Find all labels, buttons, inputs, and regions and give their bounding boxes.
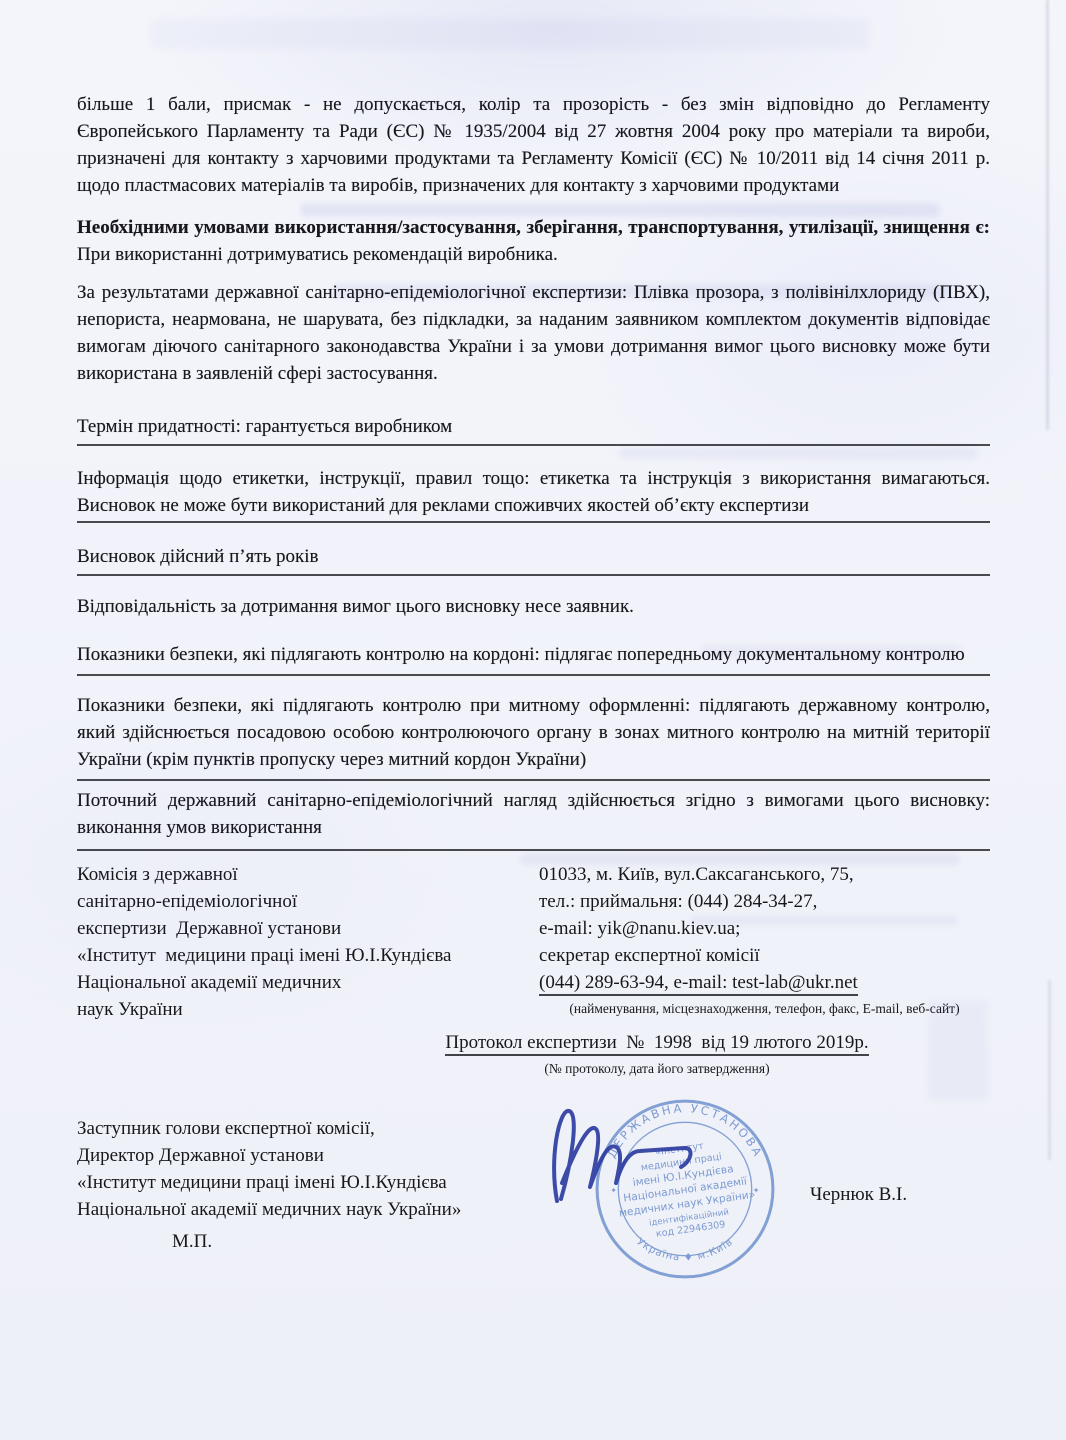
seal-place-abbr: М.П. <box>172 1228 461 1255</box>
commission-secretary-contact-text: (044) 289-63-94, e-mail: test-lab@ukr.ne… <box>539 972 858 996</box>
signatory-title-line: «Інститут медицини праці імені Ю.І.Кунді… <box>77 1169 461 1196</box>
commission-contacts: 01033, м. Київ, вул.Саксаганського, 75, … <box>539 861 990 1029</box>
border-control-paragraph: Показники безпеки, які підлягають контро… <box>77 641 990 676</box>
document-page: більше 1 бали, присмак - не допускається… <box>0 0 1066 1440</box>
commission-phone: тел.: приймальня: (044) 284-34-27, <box>539 888 990 915</box>
signatory-title-line: Національної академії медичних наук Укра… <box>77 1196 461 1223</box>
svg-text:Україна ♦ м.Київ: Україна ♦ м.Київ <box>634 1237 735 1264</box>
responsibility-line: Відповідальність за дотримання вимог цьо… <box>77 593 990 620</box>
protocol-caption: (№ протоколу, дата його затвердження) <box>417 1060 897 1078</box>
expertise-results-paragraph: За результатами державної санітарно-епід… <box>77 279 990 387</box>
commission-email: e-mail: yik@nanu.kiev.ua; <box>539 915 990 942</box>
protocol-block: Протокол експертизи № 1998 від 19 лютого… <box>417 1029 897 1079</box>
usage-conditions-paragraph: Необхідними умовами використання/застосу… <box>77 214 990 268</box>
commission-name-line: експертизи Державної установи <box>77 915 539 942</box>
customs-control-paragraph: Показники безпеки, які підлягають контро… <box>77 692 990 781</box>
signatory-title-line: Директор Державної установи <box>77 1142 461 1169</box>
regulation-paragraph: більше 1 бали, присмак - не допускається… <box>77 91 990 199</box>
validity-line: Висновок дійсний п’ять років <box>77 543 990 576</box>
commission-name-line: «Інститут медицини праці імені Ю.І.Кунді… <box>77 942 539 969</box>
shelf-life-line: Термін придатності: гарантується виробни… <box>77 413 990 446</box>
usage-conditions-lead: Необхідними умовами використання/застосу… <box>77 217 990 238</box>
commission-name: Комісія з державної санітарно-епідеміоло… <box>77 861 539 1029</box>
stamp-arc-bottom-text: Україна ♦ м.Київ <box>634 1237 735 1264</box>
commission-secretary-contact: (044) 289-63-94, e-mail: test-lab@ukr.ne… <box>539 969 990 996</box>
commission-name-line: санітарно-епідеміологічної <box>77 888 539 915</box>
current-supervision-paragraph: Поточний державний санітарно-епідеміолог… <box>77 787 990 851</box>
protocol-line: Протокол експертизи № 1998 від 19 лютого… <box>445 1032 868 1056</box>
signatory-name: Чернюк В.І. <box>810 1181 907 1208</box>
commission-address: 01033, м. Київ, вул.Саксаганського, 75, <box>539 861 990 888</box>
commission-name-line: наук України <box>77 996 539 1023</box>
signatory-title: Заступник голови експертної комісії, Дир… <box>77 1115 461 1255</box>
commission-name-line: Національної академії медичних <box>77 969 539 996</box>
usage-conditions-text: При використанні дотримуватись рекоменда… <box>77 244 558 265</box>
handwritten-signature <box>543 1085 708 1240</box>
commission-secretary: секретар експертної комісії <box>539 942 990 969</box>
commission-block: Комісія з державної санітарно-епідеміоло… <box>77 861 990 1029</box>
commission-caption: (найменування, місцезнаходження, телефон… <box>539 1000 990 1018</box>
signature-block: Заступник голови експертної комісії, Дир… <box>77 1109 990 1359</box>
signatory-title-line: Заступник голови експертної комісії, <box>77 1115 461 1142</box>
label-info-paragraph: Інформація щодо етикетки, інструкції, пр… <box>77 465 990 523</box>
commission-name-line: Комісія з державної <box>77 861 539 888</box>
